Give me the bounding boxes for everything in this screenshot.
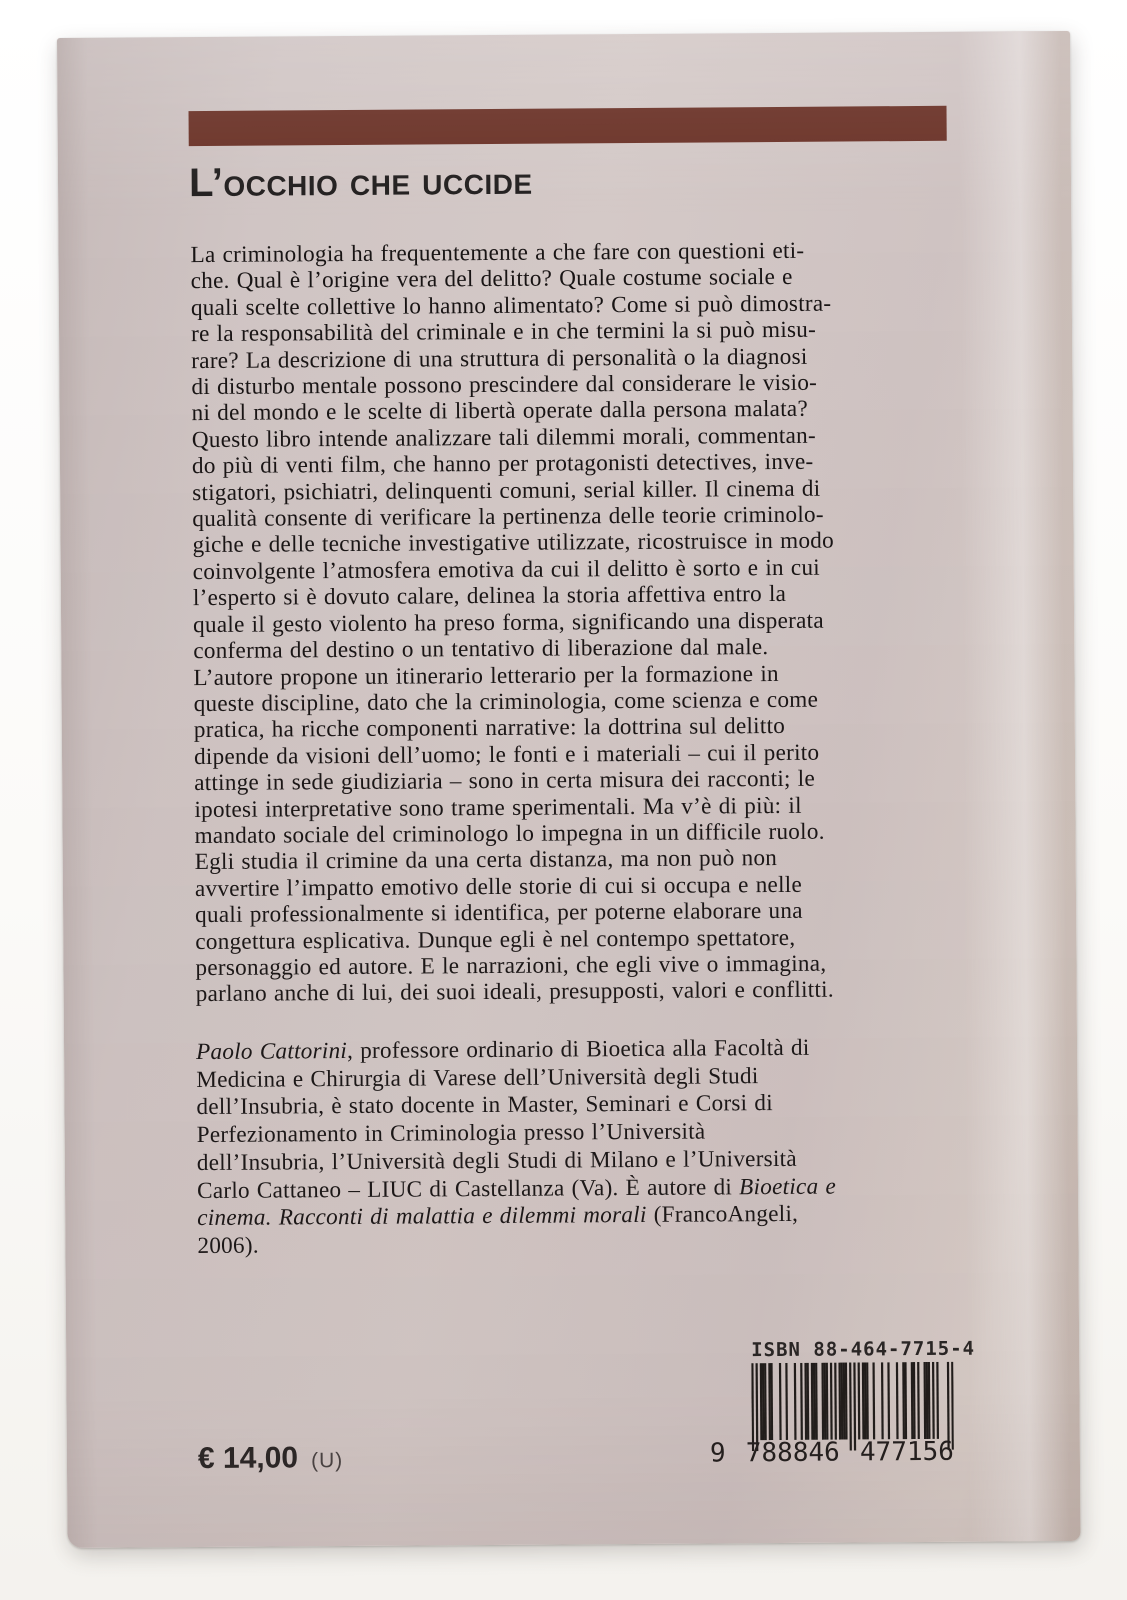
price-amount: € 14,00 (198, 1442, 298, 1475)
description: La criminologia ha frequentemente a che … (190, 237, 955, 1008)
book-title: L’occhio che uccide (189, 161, 533, 203)
photo-background: L’occhio che uccide La criminologia ha f… (0, 0, 1127, 1600)
barcode-digit-group: 788846 (746, 1440, 840, 1467)
price-suffix: (U) (311, 1445, 343, 1477)
author-bio: Paolo Cattorini, professore ordinario di… (196, 1034, 958, 1261)
accent-bar (189, 106, 947, 146)
barcode-number: 9 788846 477156 (710, 1439, 954, 1467)
book-cover: L’occhio che uccide La criminologia ha f… (57, 31, 1081, 1548)
barcode-digit-group: 477156 (860, 1439, 954, 1466)
price: € 14,00 (U) (198, 1442, 343, 1478)
bio-line: 2006). (197, 1228, 957, 1261)
barcode-digit-group: 9 (710, 1440, 726, 1466)
isbn-label: ISBN 88-464-7715-4 (751, 1338, 975, 1362)
description-line: parlano anche di lui, dei suoi ideali, p… (196, 976, 956, 1008)
